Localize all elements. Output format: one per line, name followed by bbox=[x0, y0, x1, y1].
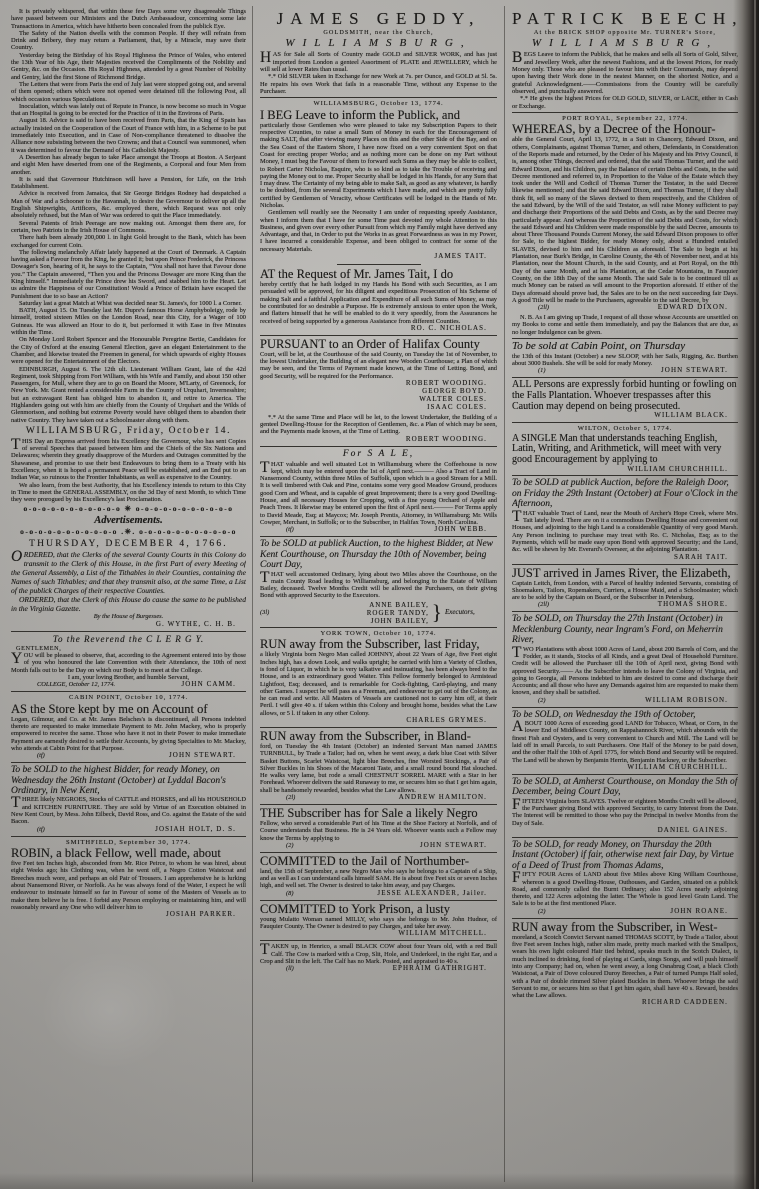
signature-row: (2ll)EDWARD DIXON. bbox=[512, 304, 738, 312]
signature: JOHN WEBB. bbox=[435, 526, 487, 534]
drop-cap: F bbox=[512, 798, 522, 811]
drop-cap: T bbox=[11, 796, 22, 809]
dateline: CABIN POINT, October 10, 1774. bbox=[11, 694, 246, 702]
signature: WILLIAM MITCHELL. bbox=[398, 930, 487, 938]
signature: WILLIAM CHURCHHILL. bbox=[627, 466, 728, 474]
brace-glyph: } bbox=[432, 601, 442, 625]
drop-cap: T bbox=[512, 646, 523, 659]
drop-cap: T bbox=[260, 943, 271, 956]
paragraph: THAT well accustomed Ordinary, lying abo… bbox=[260, 571, 497, 600]
ad-headline: RUN away from the Subscriber, last Frida… bbox=[260, 638, 497, 651]
halifax-dwelling-note: *.* At the same Time and Place will be l… bbox=[260, 414, 497, 444]
divider-rule bbox=[512, 564, 738, 565]
paragraph: THIS Day an Express arrived from his Exc… bbox=[11, 438, 246, 482]
coffeehouse-sale-webb: For S A L E,THAT valuable and well situa… bbox=[260, 449, 497, 534]
paragraph: It is said that Governour Hutchinson wil… bbox=[11, 176, 246, 191]
signature-row: (2ll)THOMAS SHORE. bbox=[512, 601, 738, 609]
paragraph: TWO Plantations with about 1000 Acres of… bbox=[512, 646, 738, 697]
advertisements-ornament: o-o-o-o-o-o-o-o-o-o-o ✳ o-o-o-o-o-o-o-o-… bbox=[11, 505, 246, 536]
divider-rule bbox=[260, 852, 497, 853]
signature-row: WILLIAM CHURCHHILL. bbox=[512, 764, 738, 772]
paragraph: *.* He gives the highest Prices for OLD … bbox=[512, 95, 738, 110]
port-royal-dixon-decree: PORT ROYAL, September 22, 1774.WHEREAS, … bbox=[512, 115, 738, 312]
ad-headline: At the BRICK SHOP opposite Mr. TURNER's … bbox=[512, 29, 738, 36]
divider-rule bbox=[260, 727, 497, 728]
signature-row: JOSIAH PARKER. bbox=[11, 911, 246, 919]
amherst-slaves-gaines: To be SOLD, at Amherst Courthouse, on Mo… bbox=[512, 777, 738, 835]
signature: JOSIAH HOLT, D. S. bbox=[155, 826, 236, 834]
newspaper-column-left: It is privately whispered, that within t… bbox=[11, 8, 246, 1184]
newspaper-page: It is privately whispered, that within t… bbox=[0, 0, 759, 1189]
signature: EDWARD DIXON. bbox=[658, 304, 728, 312]
signature: JOSIAH PARKER. bbox=[166, 911, 236, 919]
signature-row: (2)JOHN ROANE. bbox=[512, 908, 738, 916]
divider-rule bbox=[260, 536, 497, 537]
paragraph: It is privately whispered, that within t… bbox=[11, 8, 246, 30]
paragraph: HAS for Sale all Sorts of Country made G… bbox=[260, 51, 497, 73]
signature: RO. C. NICHOLAS. bbox=[411, 325, 487, 333]
paragraph: ORDERED, that the Clerks of the several … bbox=[11, 550, 246, 595]
ad-reference: (3l) bbox=[260, 609, 318, 616]
ad-headline: For S A L E, bbox=[260, 449, 497, 460]
executors-group: (3l)ANNE BAILEY,ROGER TANDY,JOHN BAILEY,… bbox=[260, 601, 497, 625]
paragraph: young Mulatto Woman named MILLY, who say… bbox=[260, 916, 497, 931]
ad-headline: AS the Store kept by me on Account of bbox=[11, 703, 246, 716]
divider-rule bbox=[260, 900, 497, 901]
paragraph: N. B. As I am giving up Trade, I request… bbox=[512, 314, 738, 336]
paragraph: YOU will be pleased to observe, that, ac… bbox=[11, 652, 246, 674]
ad-headline: GOLDSMITH, near the Church, bbox=[260, 29, 497, 36]
ad-headline: JUST arrived in James River, the Elizabe… bbox=[512, 567, 738, 580]
ad-headline: I BEG Leave to inform the Publick, and bbox=[260, 109, 497, 122]
divider-rule bbox=[512, 611, 738, 612]
signature: EPHRAIM GATHRIGHT. bbox=[393, 965, 487, 973]
drop-cap: T bbox=[260, 461, 271, 474]
signature-row: WILLIAM MITCHELL. bbox=[260, 930, 497, 938]
divider-rule bbox=[512, 422, 738, 423]
paragraph: moreland, a Scotch Convict Servant named… bbox=[512, 934, 738, 1000]
ad-headline: PURSUANT to an Order of Halifax County bbox=[260, 338, 497, 351]
paragraph: There hath been already 200,000 l. in li… bbox=[11, 234, 246, 249]
middlesex-land-churchhill: To be SOLD, on Wednesday the 19th of Oct… bbox=[512, 710, 738, 772]
paragraph: EDINBURGH, August 6. The 12th ult. Lieut… bbox=[11, 366, 246, 424]
paragraph: The following melancholy Affair lately h… bbox=[11, 249, 246, 300]
signature-row: WILLIAM CHURCHHILL. bbox=[512, 466, 738, 474]
signature: WILLIAM CHURCHHILL. bbox=[627, 764, 728, 772]
ad-reference: (tf) bbox=[260, 526, 294, 533]
ad-headline: WILLIAMSBURG, bbox=[260, 37, 497, 50]
ad-reference: (tf) bbox=[11, 826, 45, 833]
signature-row: RO. C. NICHOLAS. bbox=[260, 325, 497, 333]
paragraph: land, the 15th of September, a new Negro… bbox=[260, 868, 497, 890]
paragraph: a likely Virginia born Negro Man called … bbox=[260, 651, 497, 717]
dateline: SMITHFIELD, September 30, 1774. bbox=[11, 839, 246, 847]
divider-rule bbox=[512, 707, 738, 708]
paragraph: ORDERED, that the Clerk of this House do… bbox=[11, 595, 246, 613]
divider-rule bbox=[260, 446, 497, 447]
signature: DANIEL GAINES. bbox=[658, 827, 728, 835]
ad-patrick-beech: PATRICK BEECH,At the BRICK SHOP opposite… bbox=[512, 10, 738, 110]
ad-reference: (2) bbox=[512, 697, 545, 704]
ornament-chain: o-o-o-o-o-o-o-o-o-o-o ✳ o-o-o-o-o-o-o-o-… bbox=[11, 505, 246, 514]
signature-row: (1)JOHN STEWART. bbox=[512, 367, 738, 375]
paragraph: THREE likely NEGROES, Stocks of CATTLE a… bbox=[11, 796, 246, 825]
ad-reference: (8) bbox=[260, 890, 293, 897]
paragraph: Inoculation, which was lately out of Rep… bbox=[11, 103, 246, 118]
drop-cap: A bbox=[512, 720, 525, 733]
signature: JOHN ROANE. bbox=[670, 908, 728, 916]
committed-northumberland-sam: COMMITTED to the Jail of Northumber-land… bbox=[260, 855, 497, 898]
dateline: PORT ROYAL, September 22, 1774. bbox=[512, 115, 738, 123]
divider-rule bbox=[260, 335, 497, 336]
ad-headline: To the Reverend the C L E R G Y. bbox=[11, 634, 246, 644]
king-william-land-roane: To be SOLD, for ready Money, on Thursday… bbox=[512, 840, 738, 916]
signature-row: (2)WILLIAM ROBISON. bbox=[512, 697, 738, 705]
signature: WILLIAM ROBISON. bbox=[645, 697, 728, 705]
ad-headline: THE Subscriber has for Sale a likely Neg… bbox=[260, 807, 497, 820]
raleigh-auction-tait-land: To be SOLD at publick Auction, before th… bbox=[512, 478, 738, 561]
ornament-chain: o-o-o-o-o-o-o-o-o-o-o .✳. o-o-o-o-o-o-o-… bbox=[11, 528, 246, 537]
taken-up-cow-gathright: TAKEN up, in Henrico, a small BLACK COW … bbox=[260, 943, 497, 973]
signature-row: (2l)ANDREW HAMILTON. bbox=[260, 794, 497, 802]
paragraph: Advice is received from Jamaica, that Si… bbox=[11, 190, 246, 219]
ad-reference: (2ll) bbox=[512, 304, 549, 311]
divider-rule bbox=[11, 762, 246, 763]
ad-headline: ROBIN, a black Fellow, well made, about bbox=[11, 847, 246, 860]
dixon-nb: N. B. As I am giving up Trade, I request… bbox=[512, 314, 738, 336]
paragraph: TAKEN up, in Henrico, a small BLACK COW … bbox=[260, 943, 497, 965]
ad-headline: RUN away from the Subscriber, in West- bbox=[512, 921, 738, 934]
paragraph: Fellow, who served a considerable Part o… bbox=[260, 820, 497, 842]
paragraph: Yesterday being the Birthday of his Roya… bbox=[11, 52, 246, 81]
westmoreland-runaway-scott: RUN away from the Subscriber, in West-mo… bbox=[512, 921, 738, 1008]
paragraph: THAT valuable Tract of Land, near the Mo… bbox=[512, 510, 738, 554]
drop-cap: T bbox=[260, 571, 271, 584]
dateline: WILTON, October 5, 1774. bbox=[512, 425, 738, 433]
signature: JAMES TAIT. bbox=[434, 253, 487, 261]
paragraph: THAT valuable and well situated Lot in W… bbox=[260, 461, 497, 527]
executor-names: ANNE BAILEY,ROGER TANDY,JOHN BAILEY, bbox=[318, 601, 429, 625]
york-runaway-johnny: YORK TOWN, October 10, 1774.RUN away fro… bbox=[260, 630, 497, 725]
paragraph: Logan, Gilmour, and Co. at Mr. James Bel… bbox=[11, 716, 246, 752]
signature: SARAH TAIT. bbox=[674, 554, 728, 562]
column-rule bbox=[504, 6, 505, 1182]
paragraph: ABOUT 1000 Acres of exceeding good LAND … bbox=[512, 720, 738, 764]
drop-cap: Y bbox=[11, 652, 24, 665]
paragraph: particularly those Gentlemen who were pl… bbox=[260, 122, 497, 210]
paragraph: five Feet ten Inches high, absconded fro… bbox=[11, 860, 246, 911]
divider-rule bbox=[512, 837, 738, 838]
drop-cap: H bbox=[260, 51, 273, 64]
ad-reference: (2) bbox=[260, 842, 293, 849]
divider-rule bbox=[512, 338, 738, 339]
paragraph: Court, will be let, at the Courthouse of… bbox=[260, 351, 497, 380]
signature-row: (tf)JOSIAH HOLT, D. S. bbox=[11, 826, 246, 834]
paragraph: We also learn, from the best Authority, … bbox=[11, 482, 246, 504]
cabin-point-store: CABIN POINT, October 10, 1774.AS the Sto… bbox=[11, 694, 246, 760]
ad-headline: COMMITTED to the Jail of Northumber- bbox=[260, 855, 497, 868]
page-binding-edge bbox=[733, 0, 759, 1189]
ad-reference: (tf) bbox=[11, 752, 45, 759]
signature-row: (tf)JOHN WEBB. bbox=[260, 526, 497, 534]
nicholas-certificate: AT the Request of Mr. James Tait, I dohe… bbox=[260, 268, 497, 333]
mecklenburg-plantations-robison: To be SOLD, on Thursday the 27th Instant… bbox=[512, 614, 738, 704]
paragraph: ford, on Tuesday the 4th Instant (Octobe… bbox=[260, 743, 497, 794]
new-kent-ordinary-auction: To be SOLD at publick Auction, to the hi… bbox=[260, 539, 497, 625]
signature-row: COLLEGE, October 12, 1774.JOHN CAMM. bbox=[11, 681, 246, 689]
ad-headline: JAMES GEDDY, bbox=[260, 10, 497, 28]
divider-rule bbox=[260, 940, 497, 941]
signature: THOMAS SHORE. bbox=[658, 601, 728, 609]
salt-subscription-tait: WILLIAMSBURG, October 13, 1774.I BEG Lea… bbox=[260, 100, 497, 261]
signature-row: ISAAC COLES. bbox=[260, 404, 497, 412]
james-river-servants-shore: JUST arrived in James River, the Elizabe… bbox=[512, 567, 738, 610]
wilton-teacher-wanted: WILTON, October 5, 1774.A SINGLE Man tha… bbox=[512, 425, 738, 473]
ad-reference: (ll) bbox=[260, 965, 294, 972]
signature-row: CHARLES GRYMES. bbox=[260, 717, 497, 725]
paragraph: The Safety of the Nation dwells with the… bbox=[11, 30, 246, 52]
executor-name: JOHN BAILEY, bbox=[318, 617, 429, 625]
ad-headline: To be sold at Cabin Point, on Thursday bbox=[512, 341, 738, 353]
signature-row: SARAH TAIT. bbox=[512, 554, 738, 562]
paragraph: GENTLEMEN, bbox=[11, 645, 246, 652]
paragraph: On Monday Lord Robert Spencer and the Ho… bbox=[11, 336, 246, 365]
divider-rule bbox=[11, 836, 246, 837]
ad-headline: ALL Persons are expressly forbid hunting… bbox=[512, 380, 738, 412]
ad-reference: (1) bbox=[512, 367, 545, 374]
signature: JESSE ALEXANDER, Jailer. bbox=[377, 890, 487, 898]
paragraph: *.* Old SILVER taken in Exchange for new… bbox=[260, 73, 497, 95]
dateline: YORK TOWN, October 10, 1774. bbox=[260, 630, 497, 638]
signature-row: (8)JESSE ALEXANDER, Jailer. bbox=[260, 890, 497, 898]
halifax-courthouse-letting: PURSUANT to an Order of Halifax CountyCo… bbox=[260, 338, 497, 412]
executor-name: ANNE BAILEY, bbox=[318, 601, 429, 609]
ad-headline: RUN away from the Subscriber, in Bland- bbox=[260, 730, 497, 743]
smithfield-runaway-robin: SMITHFIELD, September 30, 1774.ROBIN, a … bbox=[11, 839, 246, 920]
ad-headline: COMMITTED to York Prison, a lusty bbox=[260, 903, 497, 916]
ad-reference: (2l) bbox=[260, 794, 295, 801]
drop-cap: B bbox=[512, 51, 524, 64]
signature-row: (2)JOHN STEWART. bbox=[260, 842, 497, 850]
signature-row: (ll)EPHRAIM GATHRIGHT. bbox=[260, 965, 497, 973]
ad-headline: WILLIAMSBURG, Friday, October 14. bbox=[11, 426, 246, 437]
signature-row: RICHARD CADDEEN. bbox=[512, 999, 738, 1007]
signature-row: JAMES TAIT. bbox=[260, 253, 497, 261]
column-rule bbox=[252, 6, 253, 1182]
williamsburg-news: WILLIAMSBURG, Friday, October 14.THIS Da… bbox=[11, 426, 246, 504]
committed-york-milly: COMMITTED to York Prison, a lustyyoung M… bbox=[260, 903, 497, 939]
paragraph: BATH, August 15. On Tuesday last Mr. Dup… bbox=[11, 307, 246, 336]
signature: ANDREW HAMILTON. bbox=[399, 794, 487, 802]
drop-cap: T bbox=[512, 510, 523, 523]
divider-rule bbox=[260, 97, 497, 98]
signature: JOHN CAMM. bbox=[181, 681, 236, 689]
signature-row: (tf)JOHN STEWART. bbox=[11, 752, 246, 760]
paragraph: Gentlemen will readily see the Necessity… bbox=[260, 209, 497, 253]
signature: ROBERT WOODING. bbox=[406, 436, 487, 444]
london-news: It is privately whispered, that within t… bbox=[11, 8, 246, 424]
ad-headline: THURSDAY, DECEMBER 4, 1766. bbox=[11, 539, 246, 550]
signature-row: ROBERT WOODING. bbox=[260, 436, 497, 444]
signature: JOHN STEWART. bbox=[420, 842, 487, 850]
divider-rule bbox=[11, 691, 246, 692]
paragraph: *.* At the same Time and Place will be l… bbox=[260, 414, 497, 436]
drop-cap: O bbox=[11, 550, 24, 563]
falls-plantation-notice: ALL Persons are expressly forbid hunting… bbox=[512, 380, 738, 420]
paragraph: FIFTY FOUR Acres of LAND about five Mile… bbox=[512, 871, 738, 907]
drop-cap: T bbox=[11, 438, 22, 451]
drop-cap: F bbox=[512, 871, 522, 884]
divider-rule bbox=[512, 475, 738, 476]
paragraph: August 18. Advice is said to have been r… bbox=[11, 117, 246, 153]
executors-label: Executors, bbox=[445, 609, 497, 617]
newspaper-column-right: PATRICK BEECH,At the BRICK SHOP opposite… bbox=[512, 8, 738, 1184]
ad-headline: To be SOLD at publick Auction, to the hi… bbox=[260, 539, 497, 570]
ad-headline: PATRICK BEECH, bbox=[512, 10, 738, 28]
signature: ISAAC COLES. bbox=[427, 404, 487, 412]
newspaper-column-middle: JAMES GEDDY,GOLDSMITH, near the Church,W… bbox=[260, 8, 497, 1184]
divider-rule bbox=[512, 918, 738, 919]
signature-row: DANIEL GAINES. bbox=[512, 827, 738, 835]
cabin-point-sloop: To be sold at Cabin Point, on Thursdayth… bbox=[512, 341, 738, 375]
paragraph: A Desertion has already begun to take Pl… bbox=[11, 154, 246, 176]
shoemaker-sale-stewart: THE Subscriber has for Sale a likely Neg… bbox=[260, 807, 497, 850]
divider-rule bbox=[512, 774, 738, 775]
paragraph: BEGS Leave to inform the Publick, that h… bbox=[512, 51, 738, 95]
clergy-notice: To the Reverend the C L E R G Y.GENTLEME… bbox=[11, 634, 246, 689]
signature-row: G. WYTHE, C. H. B. bbox=[11, 621, 246, 629]
signature: CHARLES GRYMES. bbox=[406, 717, 487, 725]
paragraph: hereby certify that he hath lodged in my… bbox=[260, 281, 497, 325]
blandford-runaway-turnbull: RUN away from the Subscriber, in Bland-f… bbox=[260, 730, 497, 802]
ad-reference: COLLEGE, October 12, 1774. bbox=[11, 681, 115, 688]
ad-headline: A SINGLE Man that understands teaching E… bbox=[512, 434, 738, 466]
divider-rule bbox=[260, 627, 497, 628]
divider-rule bbox=[260, 804, 497, 805]
ad-headline: To be SOLD, for ready Money, on Thursday… bbox=[512, 840, 738, 871]
paragraph: able the General Court, April 13, 1772, … bbox=[512, 136, 738, 304]
page-bottom-shadow bbox=[0, 1173, 759, 1189]
ad-reference: (2) bbox=[512, 908, 545, 915]
ad-headline: To be SOLD to the highest Bidder, for re… bbox=[11, 765, 246, 796]
paragraph: Captain Leitch, from London, with a Parc… bbox=[512, 580, 738, 602]
divider-rule bbox=[11, 631, 246, 632]
signature: RICHARD CADDEEN. bbox=[642, 999, 728, 1007]
ad-headline: To be SOLD, at Amherst Courthouse, on Mo… bbox=[512, 777, 738, 798]
ad-headline: AT the Request of Mr. James Tait, I do bbox=[260, 268, 497, 281]
burgesses-order: THURSDAY, DECEMBER 4, 1766.ORDERED, that… bbox=[11, 539, 246, 629]
paragraph: the 13th of this Instant (October) a new… bbox=[512, 353, 738, 368]
paragraph: Several Patents of Irish Peerage are now… bbox=[11, 220, 246, 235]
signature: JOHN STEWART. bbox=[661, 367, 728, 375]
ad-headline: To be SOLD, on Wednesday the 19th of Oct… bbox=[512, 710, 738, 720]
paragraph: FIFTEEN Virginia born SLAVES. Twelve or … bbox=[512, 798, 738, 827]
ad-headline: WILLIAMSBURG, bbox=[512, 37, 738, 50]
advertisements-heading: Advertisements. bbox=[11, 515, 246, 527]
signature-row: WILLIAM BLACK. bbox=[512, 412, 738, 420]
executor-name: ROGER TANDY, bbox=[318, 609, 429, 617]
ad-headline: To be SOLD, on Thursday the 27th Instant… bbox=[512, 614, 738, 645]
ad-james-geddy: JAMES GEDDY,GOLDSMITH, near the Church,W… bbox=[260, 10, 497, 95]
ad-headline: To be SOLD at publick Auction, before th… bbox=[512, 478, 738, 509]
bacon-sale: To be SOLD to the highest Bidder, for re… bbox=[11, 765, 246, 833]
divider-rule-short bbox=[337, 264, 421, 265]
ad-headline: WHEREAS, by a Decree of the Honour- bbox=[512, 123, 738, 136]
signature: WILLIAM BLACK. bbox=[654, 412, 728, 420]
paragraph: The Letters that were from Paris the end… bbox=[11, 81, 246, 103]
signature: JOHN STEWART. bbox=[169, 752, 236, 760]
dateline: WILLIAMSBURG, October 13, 1774. bbox=[260, 100, 497, 108]
signature: G. WYTHE, C. H. B. bbox=[156, 621, 236, 629]
divider-rule bbox=[512, 112, 738, 113]
ad-reference: (2ll) bbox=[512, 601, 549, 608]
